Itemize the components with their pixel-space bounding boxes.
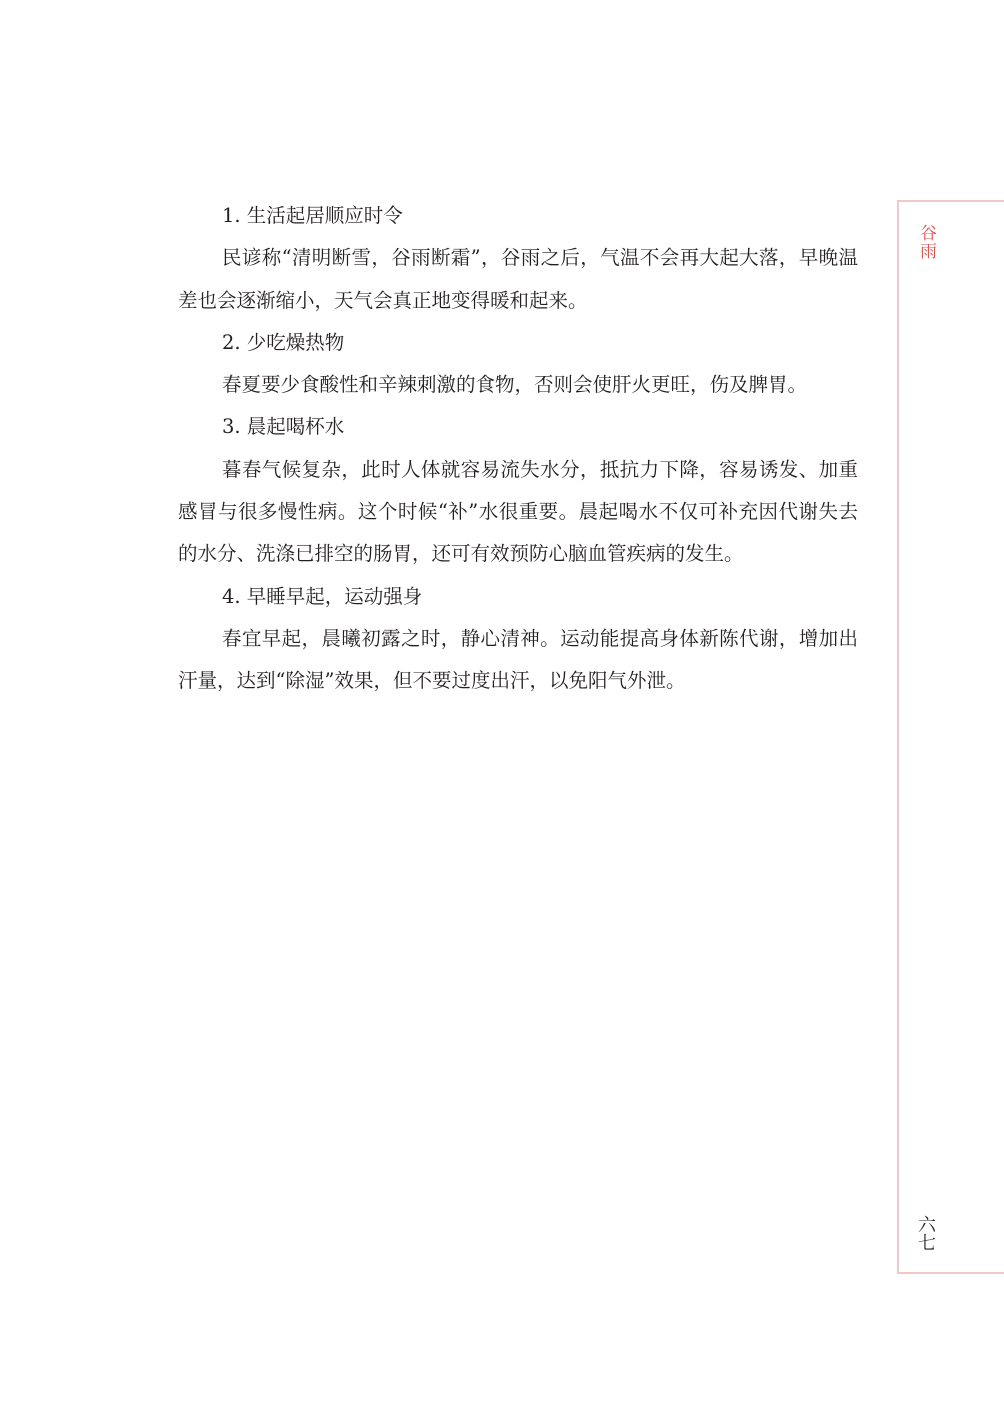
section-paragraph-4: 春宜早起，晨曦初露之时，静心清神。运动能提高身体新陈代谢，增加出汗量，达到“除湿…: [178, 618, 858, 703]
chapter-sidebar: 谷雨 六七: [897, 200, 1004, 1274]
section-paragraph-1: 民谚称“清明断雪，谷雨断霜”，谷雨之后，气温不会再大起大落，早晚温差也会逐渐缩小…: [178, 237, 858, 322]
section-heading-2: 2. 少吃燥热物: [178, 322, 858, 364]
section-paragraph-3: 暮春气候复杂，此时人体就容易流失水分，抵抗力下降，容易诱发、加重感冒与很多慢性病…: [178, 449, 858, 576]
section-heading-4: 4. 早睡早起，运动强身: [178, 576, 858, 618]
section-heading-1: 1. 生活起居顺应时令: [178, 195, 858, 237]
section-heading-3: 3. 晨起喝杯水: [178, 406, 858, 448]
page-body: 1. 生活起居顺应时令 民谚称“清明断雪，谷雨断霜”，谷雨之后，气温不会再大起大…: [178, 195, 858, 703]
section-paragraph-2: 春夏要少食酸性和辛辣刺激的食物，否则会使肝火更旺，伤及脾胃。: [178, 364, 858, 406]
chapter-label: 谷雨: [916, 224, 936, 260]
page-number: 六七: [914, 1215, 936, 1251]
